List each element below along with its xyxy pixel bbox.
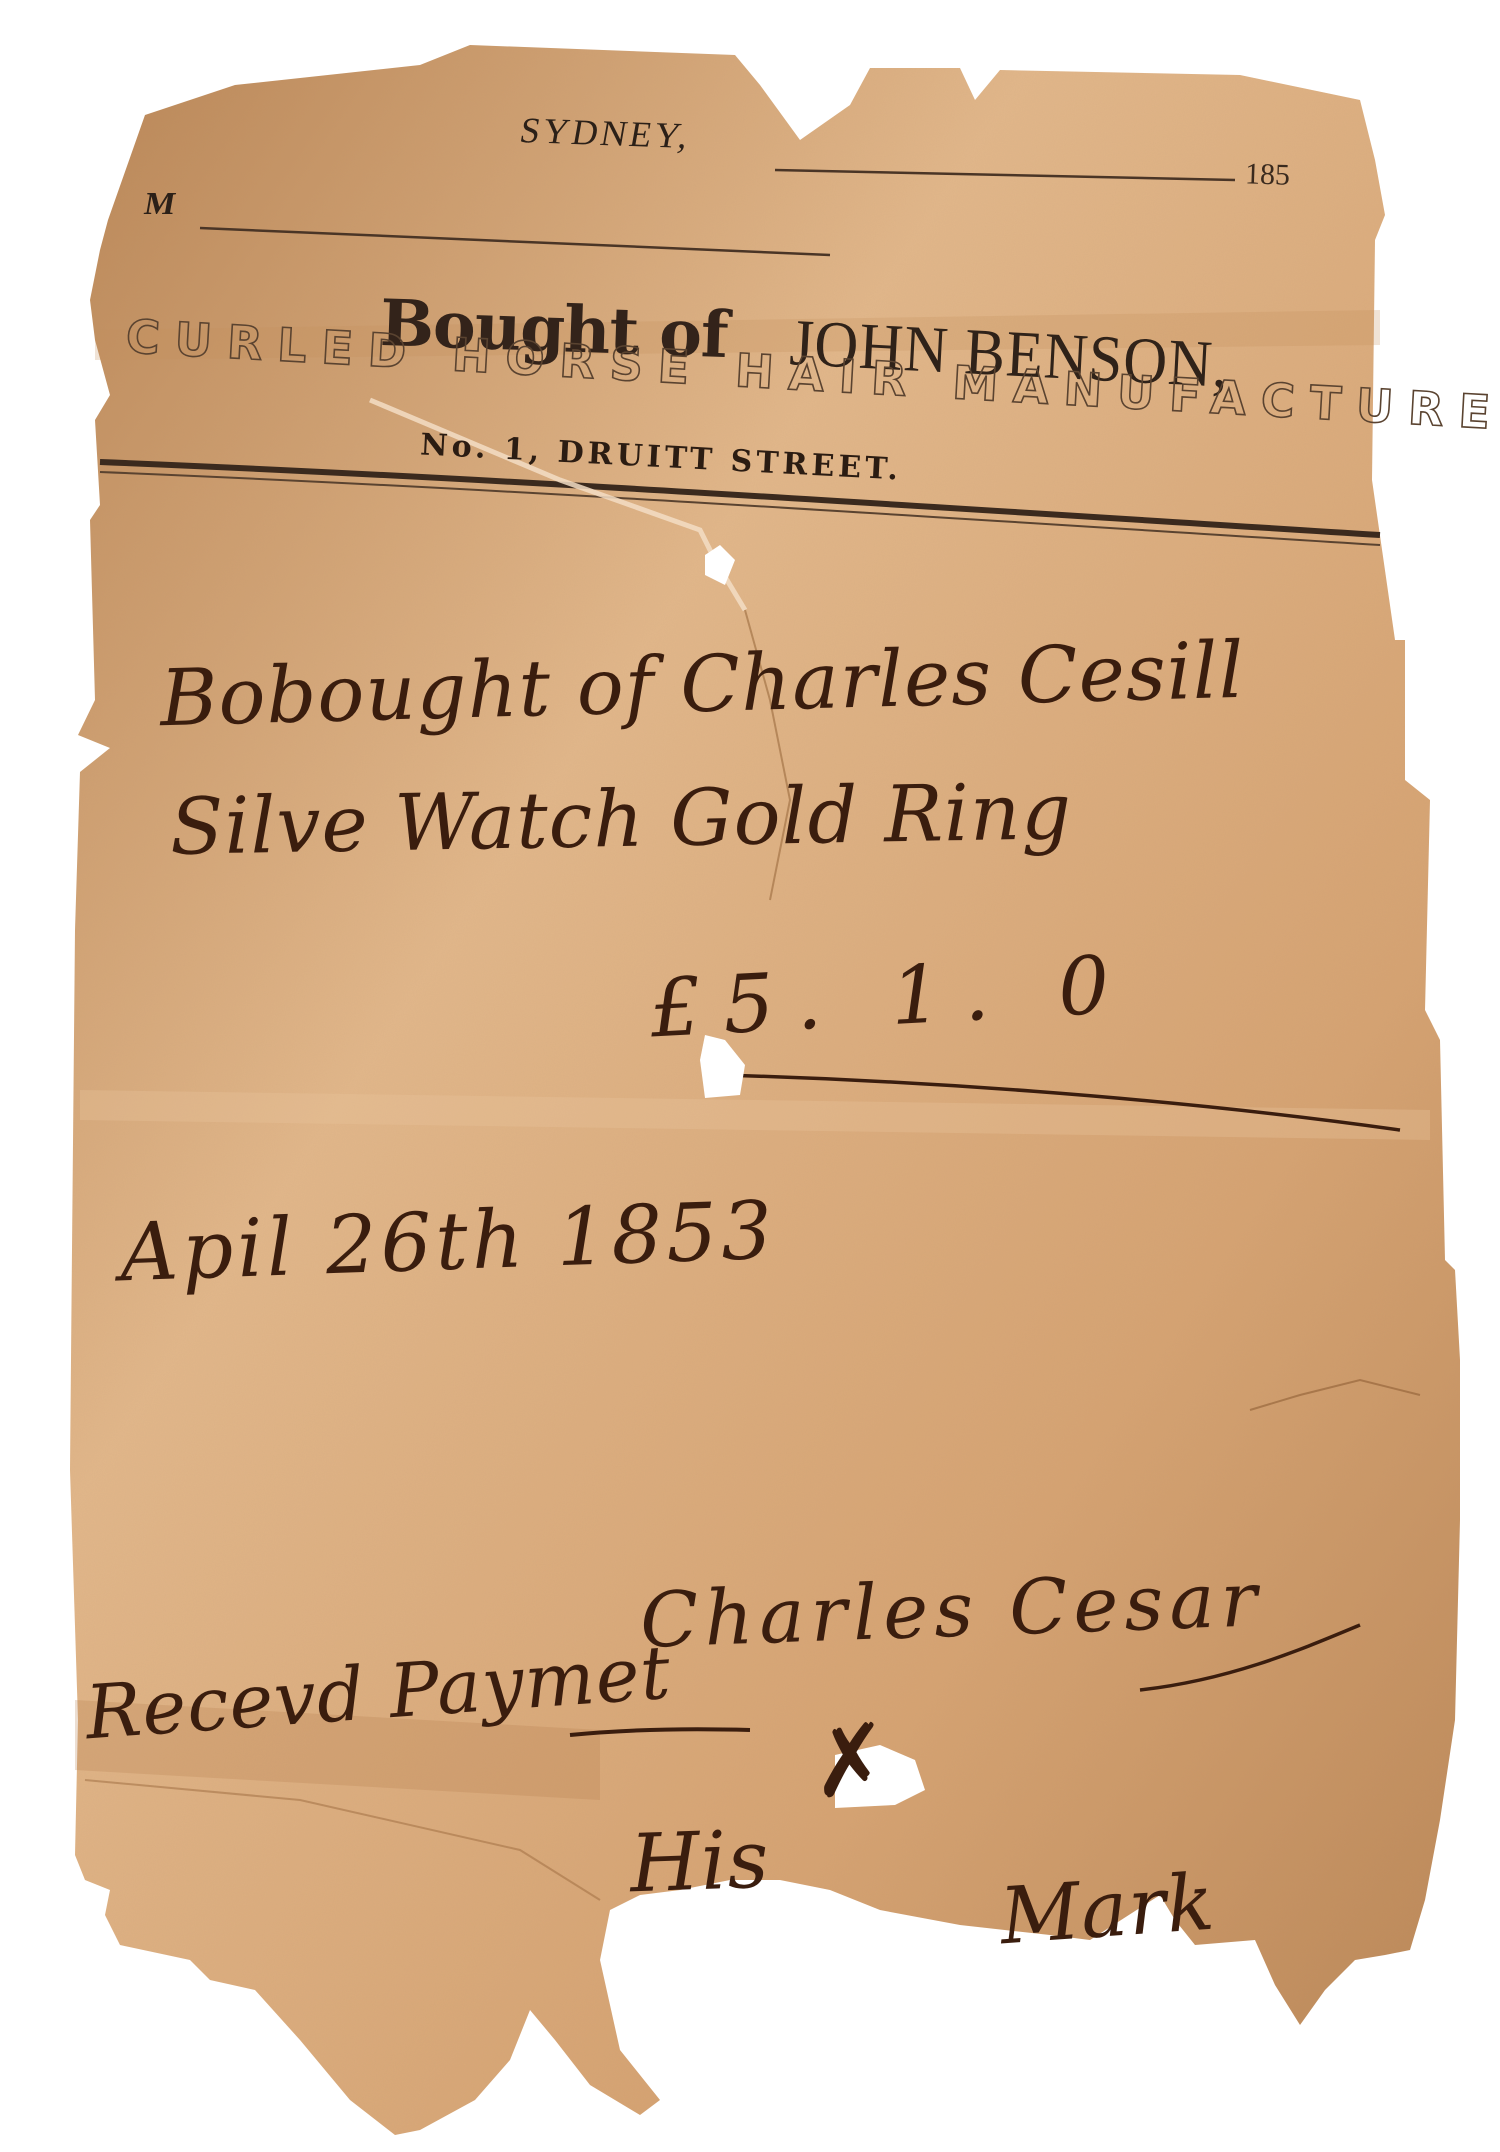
handwritten-line-seller: Bobought of Charles Cesill — [159, 626, 1246, 744]
handwritten-line-items: Silve Watch Gold Ring — [169, 767, 1073, 873]
handwritten-content: Bobought of Charles Cesill Silve Watch G… — [0, 0, 1500, 2152]
handwritten-received-payment: Recevd Paymet — [83, 1630, 674, 1757]
signature-mark-cross-icon: ✗ — [804, 1701, 897, 1821]
handwritten-mark-label: Mark — [997, 1858, 1218, 1963]
handwritten-his-label: His — [628, 1813, 771, 1911]
handwritten-signatory: Charles Cesar — [639, 1554, 1265, 1665]
handwritten-amount: £5. 1. 0 — [648, 937, 1134, 1055]
handwritten-date: Apil 26th 1853 — [119, 1184, 778, 1300]
